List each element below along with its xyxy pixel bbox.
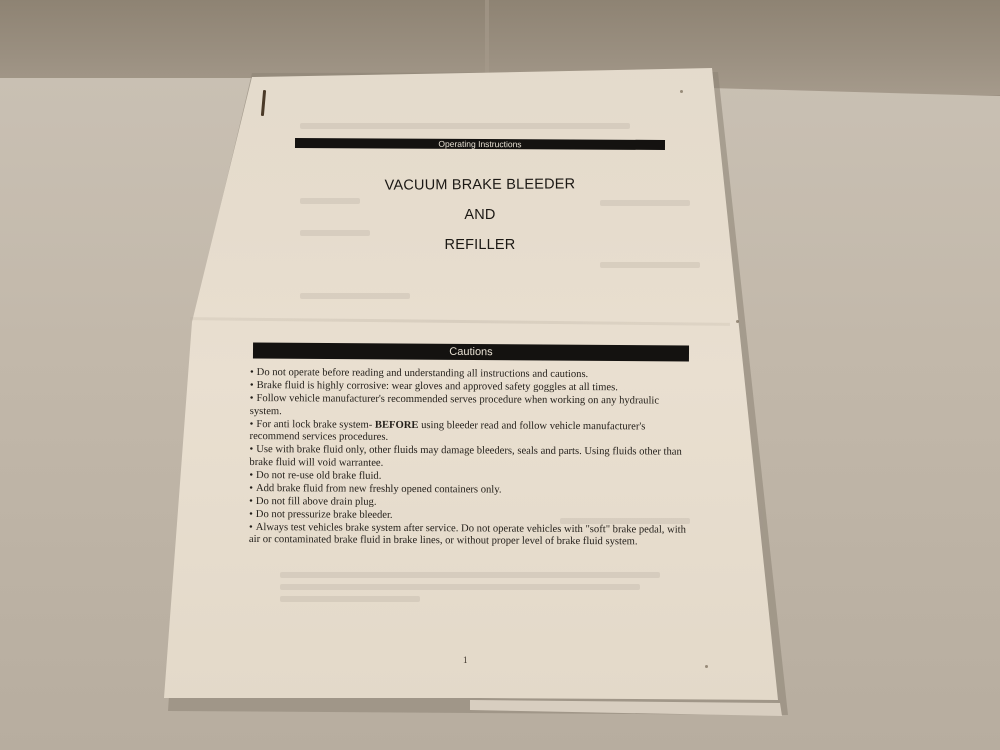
caution-text: Use with brake fluid only, other fluids … [249,444,681,468]
operating-instructions-bar: Operating Instructions [295,138,665,150]
caution-text: Always test vehicles brake system after … [249,522,686,548]
bleed-through-text [300,198,360,204]
caution-text: Brake fluid is highly corrosive: wear gl… [257,380,618,393]
bleed-through-text [600,200,690,206]
bleed-through-text [280,596,420,602]
bleed-through-text [300,293,410,299]
bleed-through-text [300,230,370,236]
bleed-through-text [280,584,640,590]
caution-text-prefix: For anti lock brake system- [256,419,375,431]
bullet-icon: • [250,418,254,431]
cautions-list: •Do not operate before reading and under… [249,367,690,550]
cautions-bar: Cautions [253,342,689,361]
document-title-line-3: REFILLER [280,237,680,253]
page-number: 1 [463,655,468,665]
caution-item: •Use with brake fluid only, other fluids… [249,444,689,472]
bullet-icon: • [249,508,253,521]
bleed-through-text [280,572,660,578]
caution-item: •Follow vehicle manufacturer's recommend… [250,393,690,421]
caution-text: Follow vehicle manufacturer's recommende… [250,393,659,417]
bullet-icon: • [250,393,254,406]
caution-text: Do not pressurize brake bleeder. [256,509,393,521]
caution-text: Do not operate before reading and unders… [257,367,589,380]
paper-speck [680,90,683,93]
bullet-icon: • [250,367,254,380]
bullet-icon: • [249,495,253,508]
document-title-line-1: VACUUM BRAKE BLEEDER [280,176,680,195]
bullet-icon: • [249,521,253,534]
bleed-through-text [600,262,700,268]
caution-text: Do not re-use old brake fluid. [256,470,381,482]
caution-text: Do not fill above drain plug. [256,496,377,508]
caution-text: Add brake fluid from new freshly opened … [256,483,502,495]
document-title-line-2: AND [280,207,680,223]
paper-speck [705,665,708,668]
bullet-icon: • [249,444,253,457]
bullet-icon: • [250,380,254,393]
bullet-icon: • [249,469,253,482]
caution-item: •For anti lock brake system- BEFORE usin… [250,418,690,446]
caution-item: •Always test vehicles brake system after… [249,521,689,549]
bullet-icon: • [249,482,253,495]
bleed-through-text [300,123,630,129]
caution-emphasis: BEFORE [375,419,419,430]
paper-speck [736,320,739,323]
